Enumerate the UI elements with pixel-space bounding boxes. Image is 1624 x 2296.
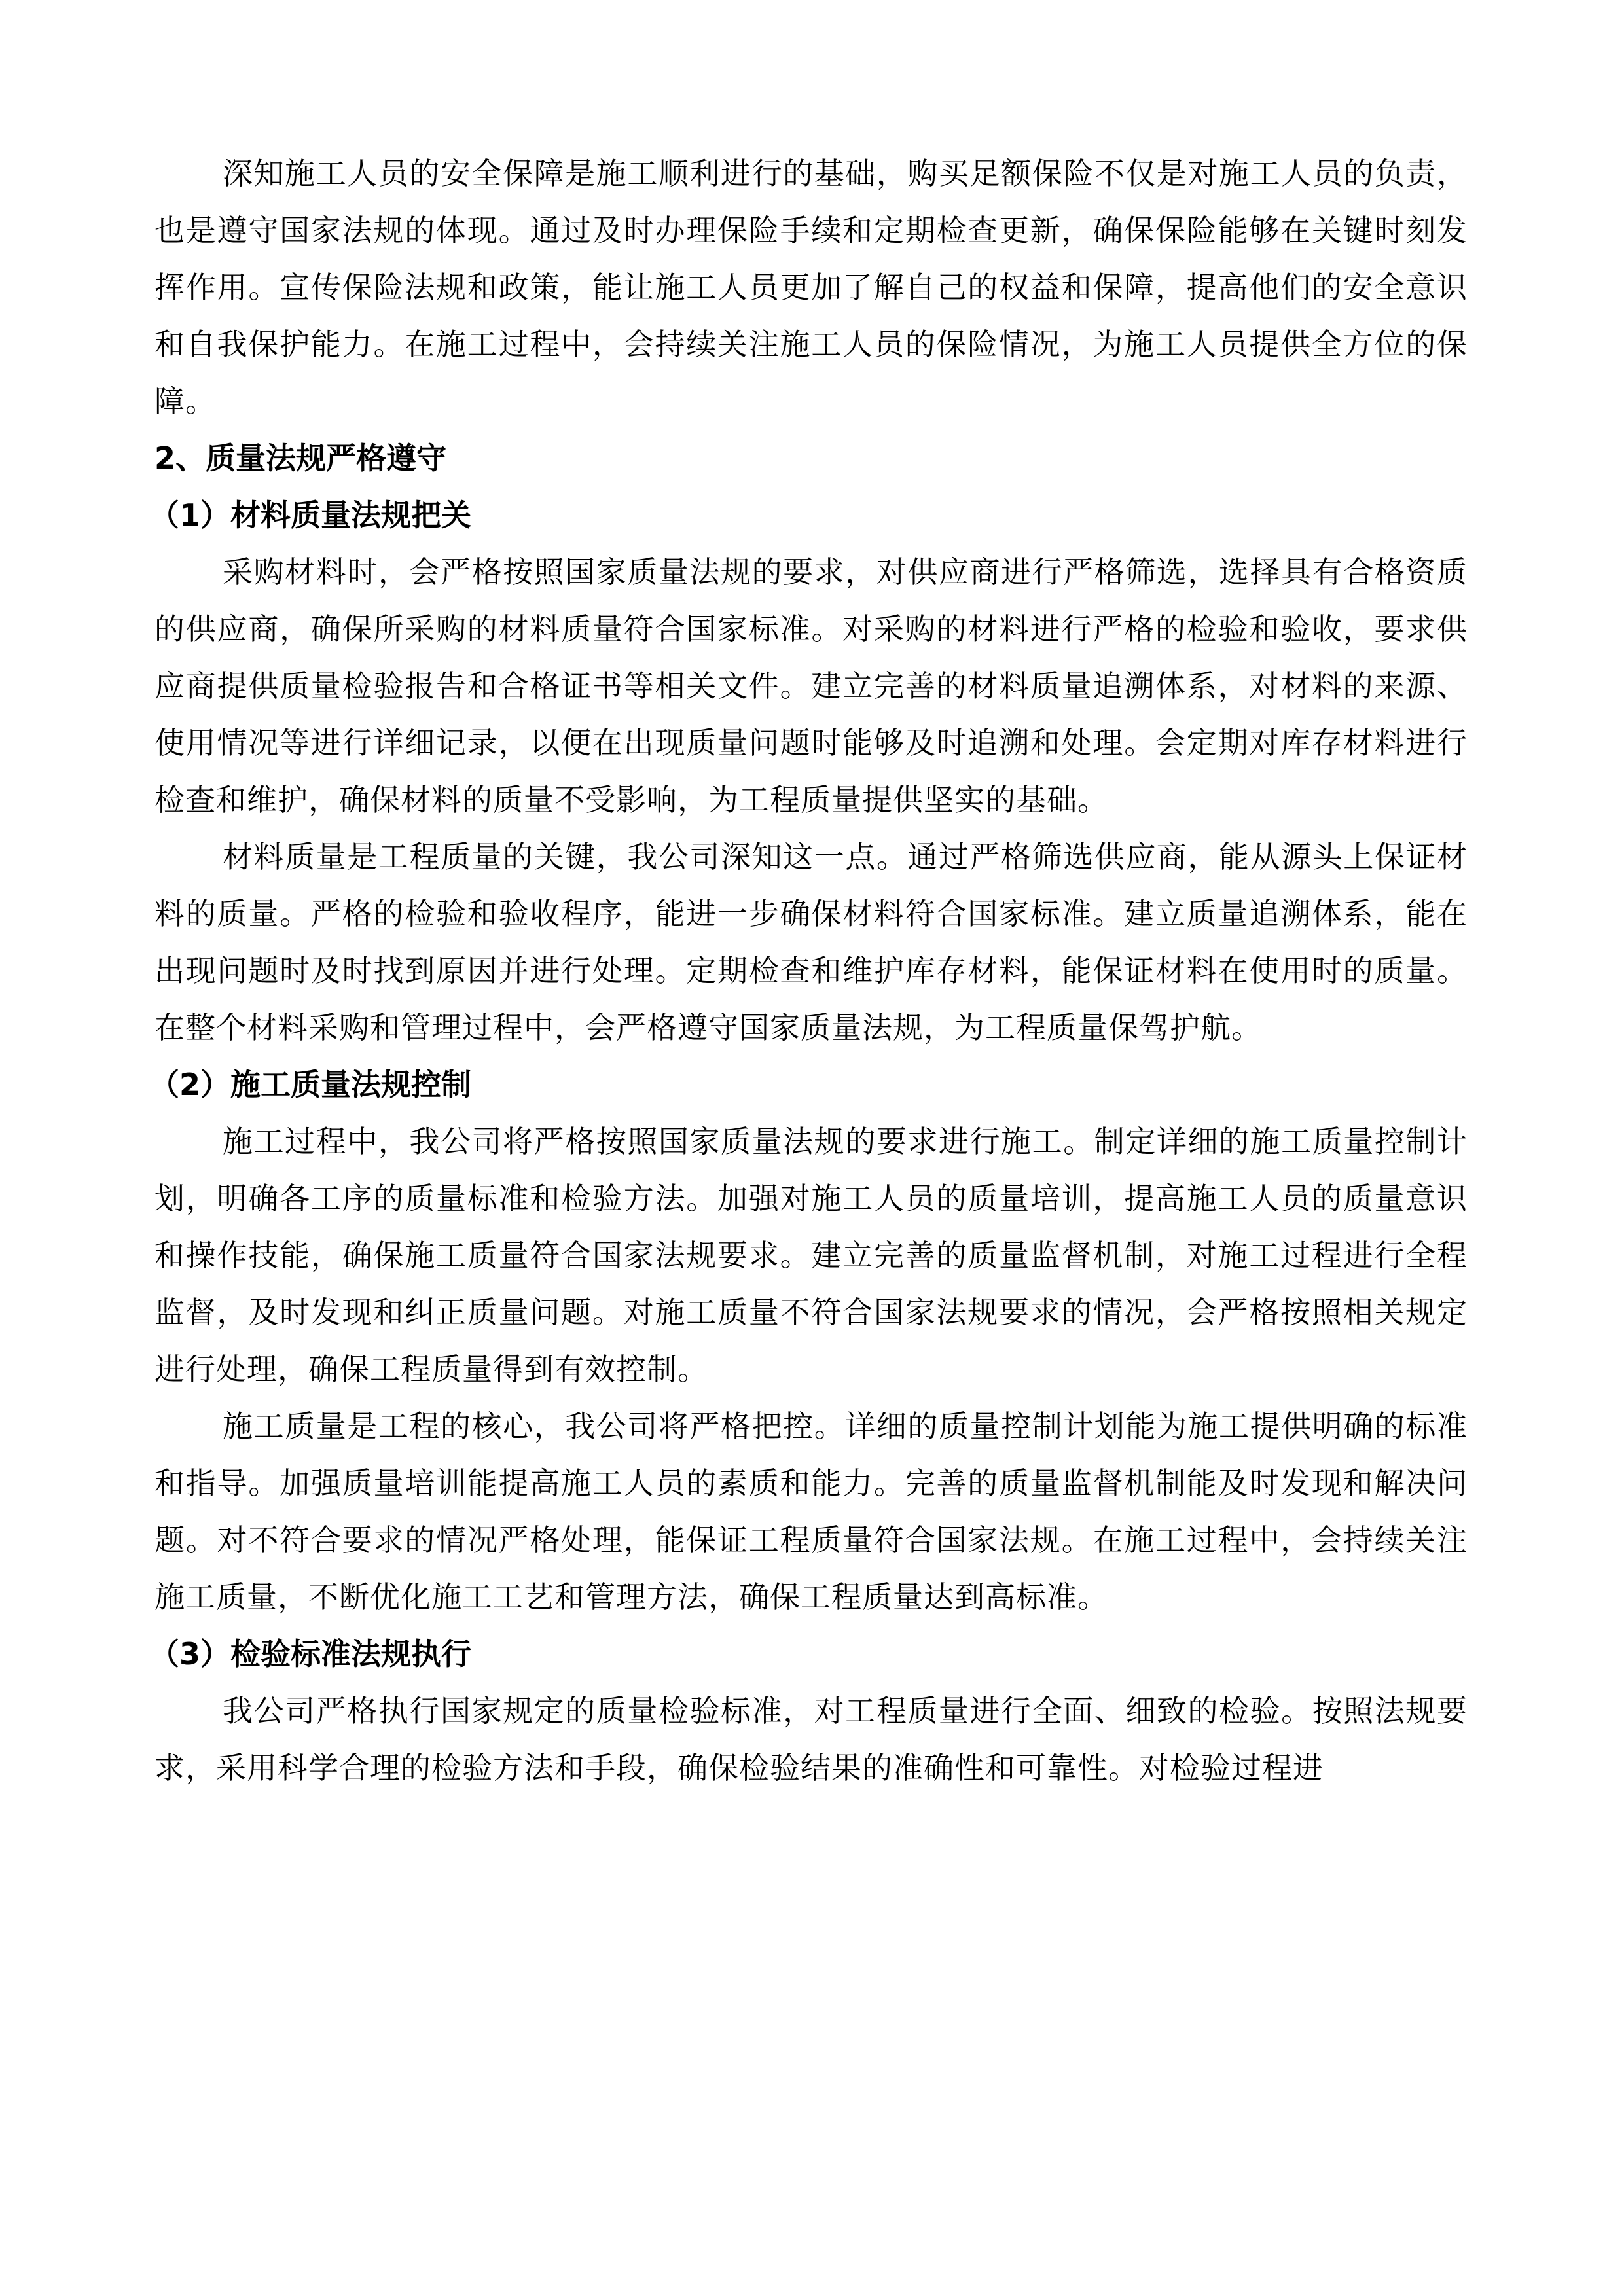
document-page: 深知施工人员的安全保障是施工顺利进行的基础，购买足额保险不仅是对施工人员的负责，… (154, 145, 1468, 1797)
subsection-heading-inspection-standards: （3）检验标准法规执行 (149, 1626, 1468, 1683)
paragraph-insurance-summary: 深知施工人员的安全保障是施工顺利进行的基础，购买足额保险不仅是对施工人员的负责，… (154, 145, 1468, 430)
subsection-heading-construction-quality: （2）施工质量法规控制 (149, 1056, 1468, 1113)
paragraph-inspection-standards: 我公司严格执行国家规定的质量检验标准，对工程质量进行全面、细致的检验。按照法规要… (154, 1683, 1468, 1797)
paragraph-material-quality-key: 材料质量是工程质量的关键，我公司深知这一点。通过严格筛选供应商，能从源头上保证材… (154, 829, 1468, 1056)
paragraph-material-procurement: 采购材料时，会严格按照国家质量法规的要求，对供应商进行严格筛选，选择具有合格资质… (154, 544, 1468, 829)
paragraph-construction-process: 施工过程中，我公司将严格按照国家质量法规的要求进行施工。制定详细的施工质量控制计… (154, 1113, 1468, 1398)
subsection-heading-material-quality: （1）材料质量法规把关 (149, 487, 1468, 544)
section-heading-quality-regulations: 2、质量法规严格遵守 (154, 430, 1468, 487)
paragraph-construction-quality-core: 施工质量是工程的核心，我公司将严格把控。详细的质量控制计划能为施工提供明确的标准… (154, 1398, 1468, 1626)
